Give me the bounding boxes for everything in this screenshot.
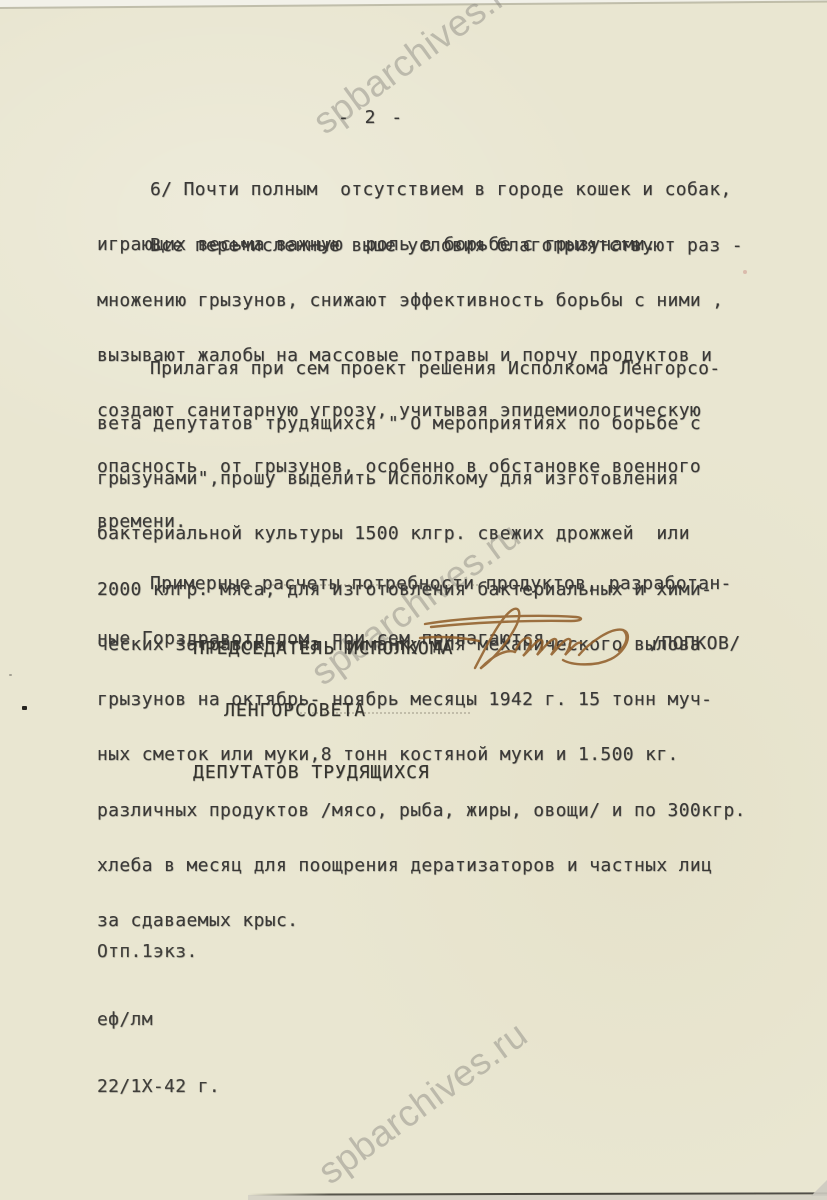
paper-speck (22, 706, 27, 710)
typist-footer-block: Отп.1экз. еф/лм 22/1Х-42 г. (97, 896, 220, 1144)
paper-speck (743, 270, 747, 274)
signer-name: /ПОПКОВ/ (650, 633, 741, 654)
copies-note: Отп.1экз. (97, 941, 220, 964)
scanned-document-page: spbarchives.ru spbarchives.ru spbarchive… (0, 0, 827, 1200)
signer-title-line: ЛЕНГОРСОВЕТА (193, 701, 453, 722)
text-line: хлеба в месяц для поощрения дератизаторо… (97, 857, 767, 875)
text-line: 6/ Почти полным отсутствием в городе кош… (97, 181, 767, 199)
text-line: множению грызунов, снижают эффективность… (97, 292, 767, 310)
typist-initials: еф/лм (97, 1009, 220, 1032)
paper-corner-cut (811, 1180, 827, 1196)
text-line: грызунами",прошу выделить Исполкому для … (97, 470, 767, 488)
date-note: 22/1Х-42 г. (97, 1076, 220, 1099)
text-line: Прилагая при сем проект решения Исполком… (97, 360, 767, 378)
paper-speck (9, 674, 12, 676)
signer-title-line: ДЕПУТАТОВ ТРУДЯЩИХСЯ (193, 763, 453, 784)
faint-perforation-dots (263, 584, 478, 586)
text-line: Все перечисленные выше условия благоприя… (97, 237, 767, 255)
page-number: - 2 - (338, 107, 405, 128)
text-line: вета депутатов трудящихся " О мероприяти… (97, 415, 767, 433)
handwritten-signature (413, 593, 668, 693)
